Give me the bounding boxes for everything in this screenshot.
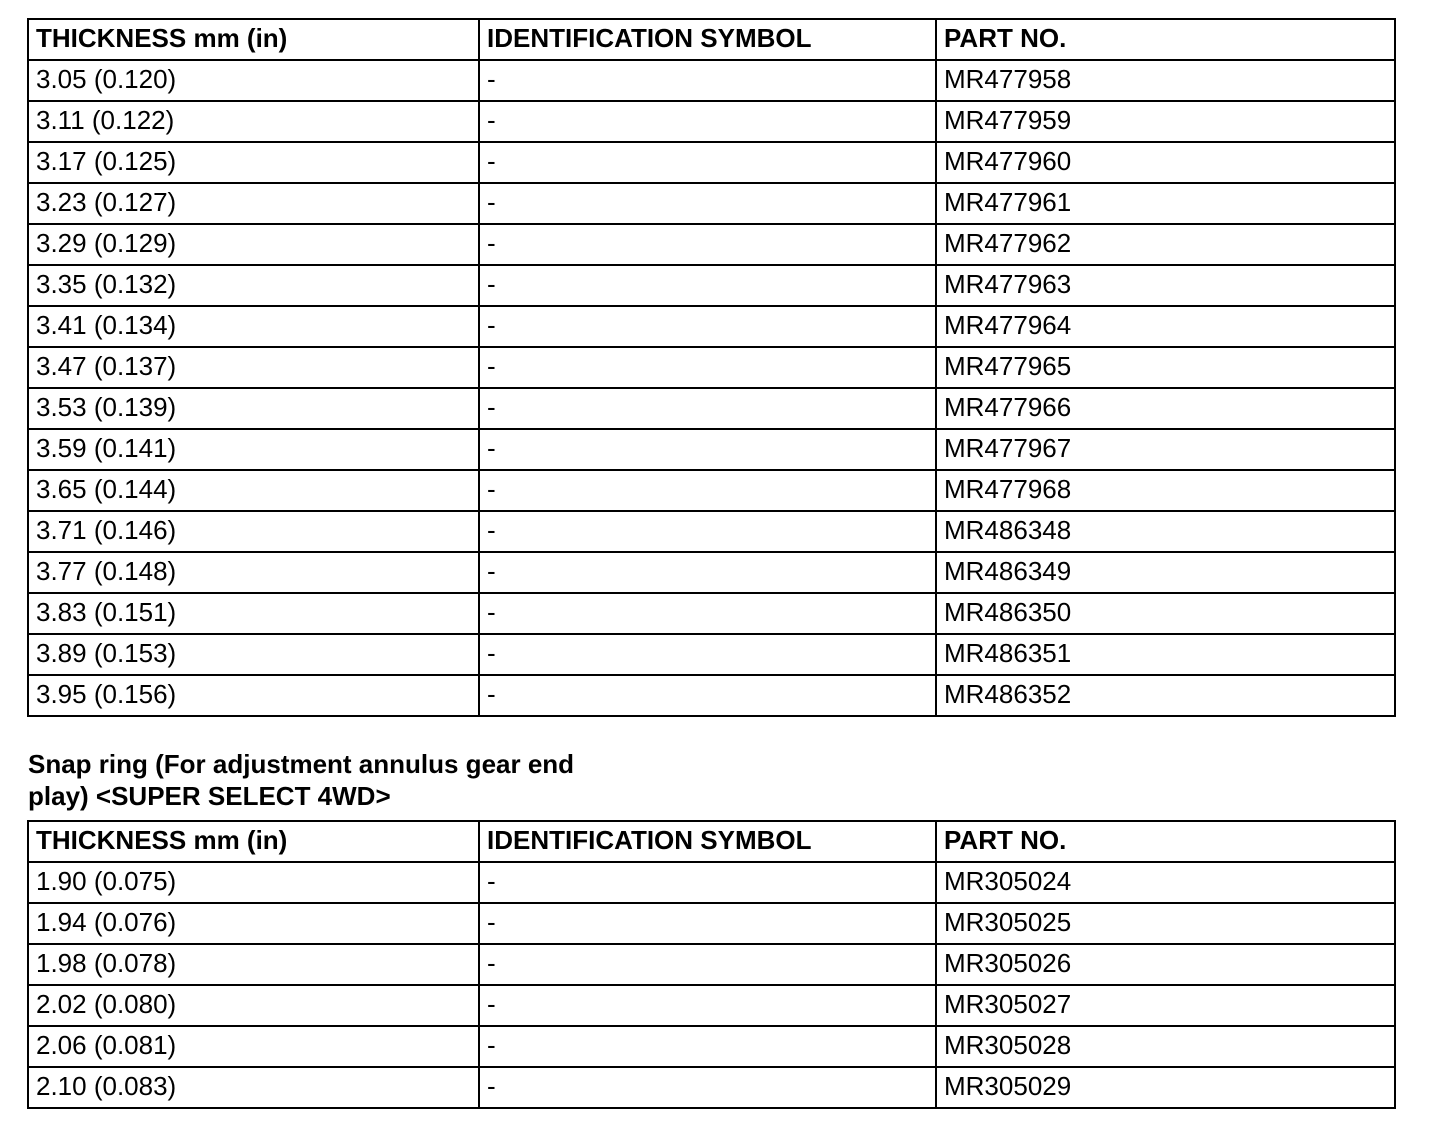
cell-thickness: 3.89 (0.153) bbox=[28, 634, 479, 675]
cell-identification-symbol: - bbox=[479, 552, 936, 593]
cell-thickness: 3.29 (0.129) bbox=[28, 224, 479, 265]
cell-part-no: MR477963 bbox=[936, 265, 1395, 306]
caption-line-1: Snap ring (For adjustment annulus gear e… bbox=[28, 748, 728, 780]
cell-part-no: MR477958 bbox=[936, 60, 1395, 101]
cell-thickness: 2.06 (0.081) bbox=[28, 1026, 479, 1067]
table-row: 1.98 (0.078)-MR305026 bbox=[28, 944, 1395, 985]
table-row: 3.71 (0.146)-MR486348 bbox=[28, 511, 1395, 552]
column-header-identification-symbol: IDENTIFICATION SYMBOL bbox=[479, 821, 936, 862]
cell-thickness: 1.98 (0.078) bbox=[28, 944, 479, 985]
cell-identification-symbol: - bbox=[479, 903, 936, 944]
cell-identification-symbol: - bbox=[479, 224, 936, 265]
cell-identification-symbol: - bbox=[479, 265, 936, 306]
cell-part-no: MR305024 bbox=[936, 862, 1395, 903]
cell-thickness: 3.11 (0.122) bbox=[28, 101, 479, 142]
cell-thickness: 2.02 (0.080) bbox=[28, 985, 479, 1026]
column-header-part-no: PART NO. bbox=[936, 19, 1395, 60]
cell-identification-symbol: - bbox=[479, 675, 936, 716]
cell-identification-symbol: - bbox=[479, 429, 936, 470]
table-row: 3.11 (0.122)-MR477959 bbox=[28, 101, 1395, 142]
table-row: 3.41 (0.134)-MR477964 bbox=[28, 306, 1395, 347]
table-row: 1.94 (0.076)-MR305025 bbox=[28, 903, 1395, 944]
table-row: 3.05 (0.120)-MR477958 bbox=[28, 60, 1395, 101]
cell-part-no: MR305026 bbox=[936, 944, 1395, 985]
table-row: 3.83 (0.151)-MR486350 bbox=[28, 593, 1395, 634]
section-caption: Snap ring (For adjustment annulus gear e… bbox=[28, 748, 728, 812]
cell-identification-symbol: - bbox=[479, 388, 936, 429]
table-row: 3.35 (0.132)-MR477963 bbox=[28, 265, 1395, 306]
cell-thickness: 1.90 (0.075) bbox=[28, 862, 479, 903]
thickness-table-2: THICKNESS mm (in)IDENTIFICATION SYMBOLPA… bbox=[27, 820, 1396, 1109]
header-row: THICKNESS mm (in)IDENTIFICATION SYMBOLPA… bbox=[28, 821, 1395, 862]
cell-part-no: MR477965 bbox=[936, 347, 1395, 388]
cell-thickness: 1.94 (0.076) bbox=[28, 903, 479, 944]
thickness-table-1: THICKNESS mm (in)IDENTIFICATION SYMBOLPA… bbox=[27, 18, 1396, 717]
cell-thickness: 3.17 (0.125) bbox=[28, 142, 479, 183]
cell-identification-symbol: - bbox=[479, 511, 936, 552]
table-row: 3.65 (0.144)-MR477968 bbox=[28, 470, 1395, 511]
cell-part-no: MR477962 bbox=[936, 224, 1395, 265]
table-row: 3.95 (0.156)-MR486352 bbox=[28, 675, 1395, 716]
cell-identification-symbol: - bbox=[479, 470, 936, 511]
cell-identification-symbol: - bbox=[479, 1026, 936, 1067]
cell-part-no: MR486352 bbox=[936, 675, 1395, 716]
cell-thickness: 3.77 (0.148) bbox=[28, 552, 479, 593]
column-header-part-no: PART NO. bbox=[936, 821, 1395, 862]
cell-identification-symbol: - bbox=[479, 183, 936, 224]
cell-identification-symbol: - bbox=[479, 593, 936, 634]
cell-thickness: 3.41 (0.134) bbox=[28, 306, 479, 347]
table-row: 3.29 (0.129)-MR477962 bbox=[28, 224, 1395, 265]
cell-part-no: MR486349 bbox=[936, 552, 1395, 593]
cell-part-no: MR305027 bbox=[936, 985, 1395, 1026]
cell-identification-symbol: - bbox=[479, 1067, 936, 1108]
column-header-thickness: THICKNESS mm (in) bbox=[28, 19, 479, 60]
cell-identification-symbol: - bbox=[479, 306, 936, 347]
cell-identification-symbol: - bbox=[479, 944, 936, 985]
cell-part-no: MR305029 bbox=[936, 1067, 1395, 1108]
cell-identification-symbol: - bbox=[479, 985, 936, 1026]
cell-part-no: MR477964 bbox=[936, 306, 1395, 347]
column-header-thickness: THICKNESS mm (in) bbox=[28, 821, 479, 862]
cell-part-no: MR477967 bbox=[936, 429, 1395, 470]
cell-thickness: 3.71 (0.146) bbox=[28, 511, 479, 552]
cell-thickness: 3.23 (0.127) bbox=[28, 183, 479, 224]
cell-part-no: MR477966 bbox=[936, 388, 1395, 429]
cell-identification-symbol: - bbox=[479, 347, 936, 388]
cell-identification-symbol: - bbox=[479, 101, 936, 142]
cell-identification-symbol: - bbox=[479, 634, 936, 675]
table-row: 3.77 (0.148)-MR486349 bbox=[28, 552, 1395, 593]
cell-thickness: 3.53 (0.139) bbox=[28, 388, 479, 429]
cell-part-no: MR477961 bbox=[936, 183, 1395, 224]
table-row: 3.17 (0.125)-MR477960 bbox=[28, 142, 1395, 183]
table-row: 3.59 (0.141)-MR477967 bbox=[28, 429, 1395, 470]
cell-part-no: MR477959 bbox=[936, 101, 1395, 142]
cell-part-no: MR305025 bbox=[936, 903, 1395, 944]
table-row: 2.02 (0.080)-MR305027 bbox=[28, 985, 1395, 1026]
cell-part-no: MR486350 bbox=[936, 593, 1395, 634]
cell-thickness: 3.83 (0.151) bbox=[28, 593, 479, 634]
cell-part-no: MR305028 bbox=[936, 1026, 1395, 1067]
cell-identification-symbol: - bbox=[479, 142, 936, 183]
cell-identification-symbol: - bbox=[479, 60, 936, 101]
cell-thickness: 2.10 (0.083) bbox=[28, 1067, 479, 1108]
table-row: 2.10 (0.083)-MR305029 bbox=[28, 1067, 1395, 1108]
cell-part-no: MR477960 bbox=[936, 142, 1395, 183]
header-row: THICKNESS mm (in)IDENTIFICATION SYMBOLPA… bbox=[28, 19, 1395, 60]
table-row: 1.90 (0.075)-MR305024 bbox=[28, 862, 1395, 903]
table-row: 3.47 (0.137)-MR477965 bbox=[28, 347, 1395, 388]
cell-thickness: 3.47 (0.137) bbox=[28, 347, 479, 388]
table-row: 2.06 (0.081)-MR305028 bbox=[28, 1026, 1395, 1067]
cell-part-no: MR486351 bbox=[936, 634, 1395, 675]
cell-identification-symbol: - bbox=[479, 862, 936, 903]
column-header-identification-symbol: IDENTIFICATION SYMBOL bbox=[479, 19, 936, 60]
cell-part-no: MR486348 bbox=[936, 511, 1395, 552]
cell-thickness: 3.05 (0.120) bbox=[28, 60, 479, 101]
table-row: 3.23 (0.127)-MR477961 bbox=[28, 183, 1395, 224]
cell-part-no: MR477968 bbox=[936, 470, 1395, 511]
cell-thickness: 3.35 (0.132) bbox=[28, 265, 479, 306]
cell-thickness: 3.95 (0.156) bbox=[28, 675, 479, 716]
table-row: 3.89 (0.153)-MR486351 bbox=[28, 634, 1395, 675]
cell-thickness: 3.59 (0.141) bbox=[28, 429, 479, 470]
table-row: 3.53 (0.139)-MR477966 bbox=[28, 388, 1395, 429]
caption-line-2: play) <SUPER SELECT 4WD> bbox=[28, 780, 728, 812]
cell-thickness: 3.65 (0.144) bbox=[28, 470, 479, 511]
